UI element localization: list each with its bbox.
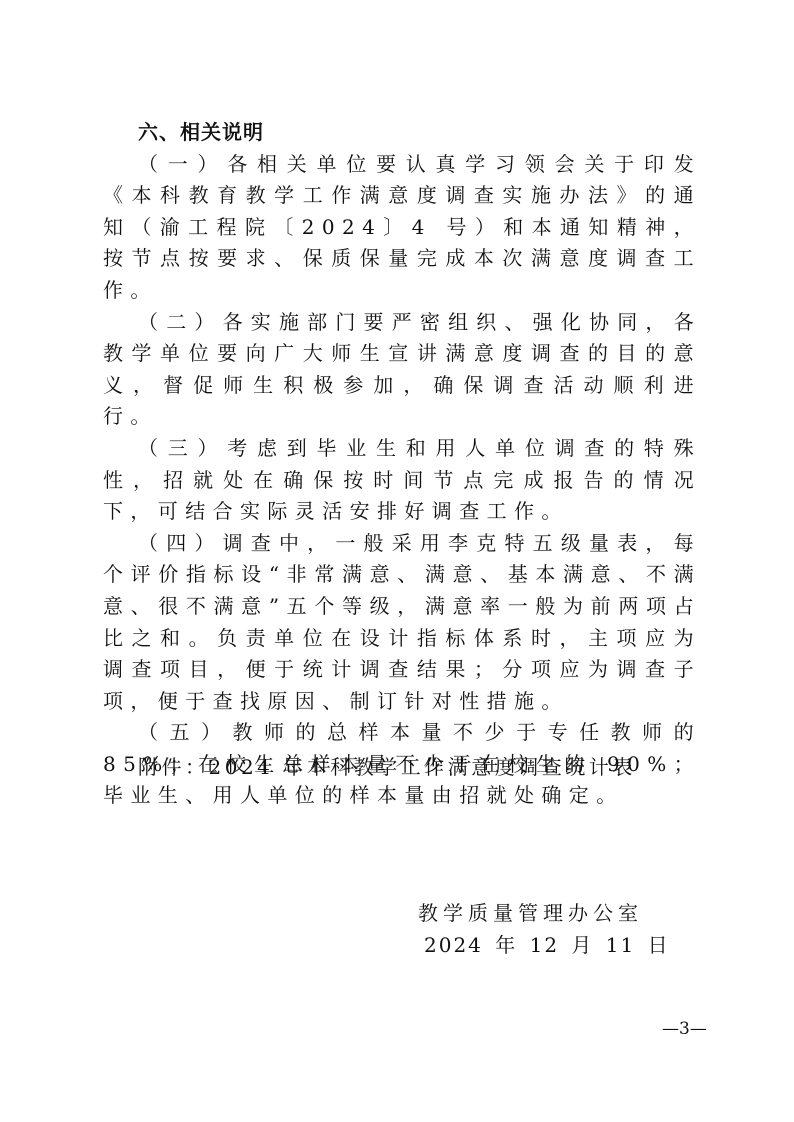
signature-office: 教学质量管理办公室 <box>418 898 643 930</box>
section-heading: 六、相关说明 <box>103 117 701 149</box>
attachment-note: 附件：2024 年本科教学工作满意度调查统计表 <box>138 752 636 784</box>
paragraph-4: （四）调查中，一般采用李克特五级量表，每个评价指标设“非常满意、满意、基本满意、… <box>103 528 701 718</box>
paragraph-1: （一）各相关单位要认真学习领会关于印发《本科教育教学工作满意度调查实施办法》的通… <box>103 149 701 307</box>
page-number: —3— <box>662 1017 707 1041</box>
paragraph-3: （三）考虑到毕业生和用人单位调查的特殊性，招就处在确保按时间节点完成报告的情况下… <box>103 433 701 528</box>
document-body: 六、相关说明 （一）各相关单位要认真学习领会关于印发《本科教育教学工作满意度调查… <box>103 117 701 812</box>
signature-date: 2024 年 12 月 11 日 <box>424 930 670 962</box>
paragraph-2: （二）各实施部门要严密组织、强化协同，各教学单位要向广大师生宣讲满意度调查的目的… <box>103 307 701 433</box>
